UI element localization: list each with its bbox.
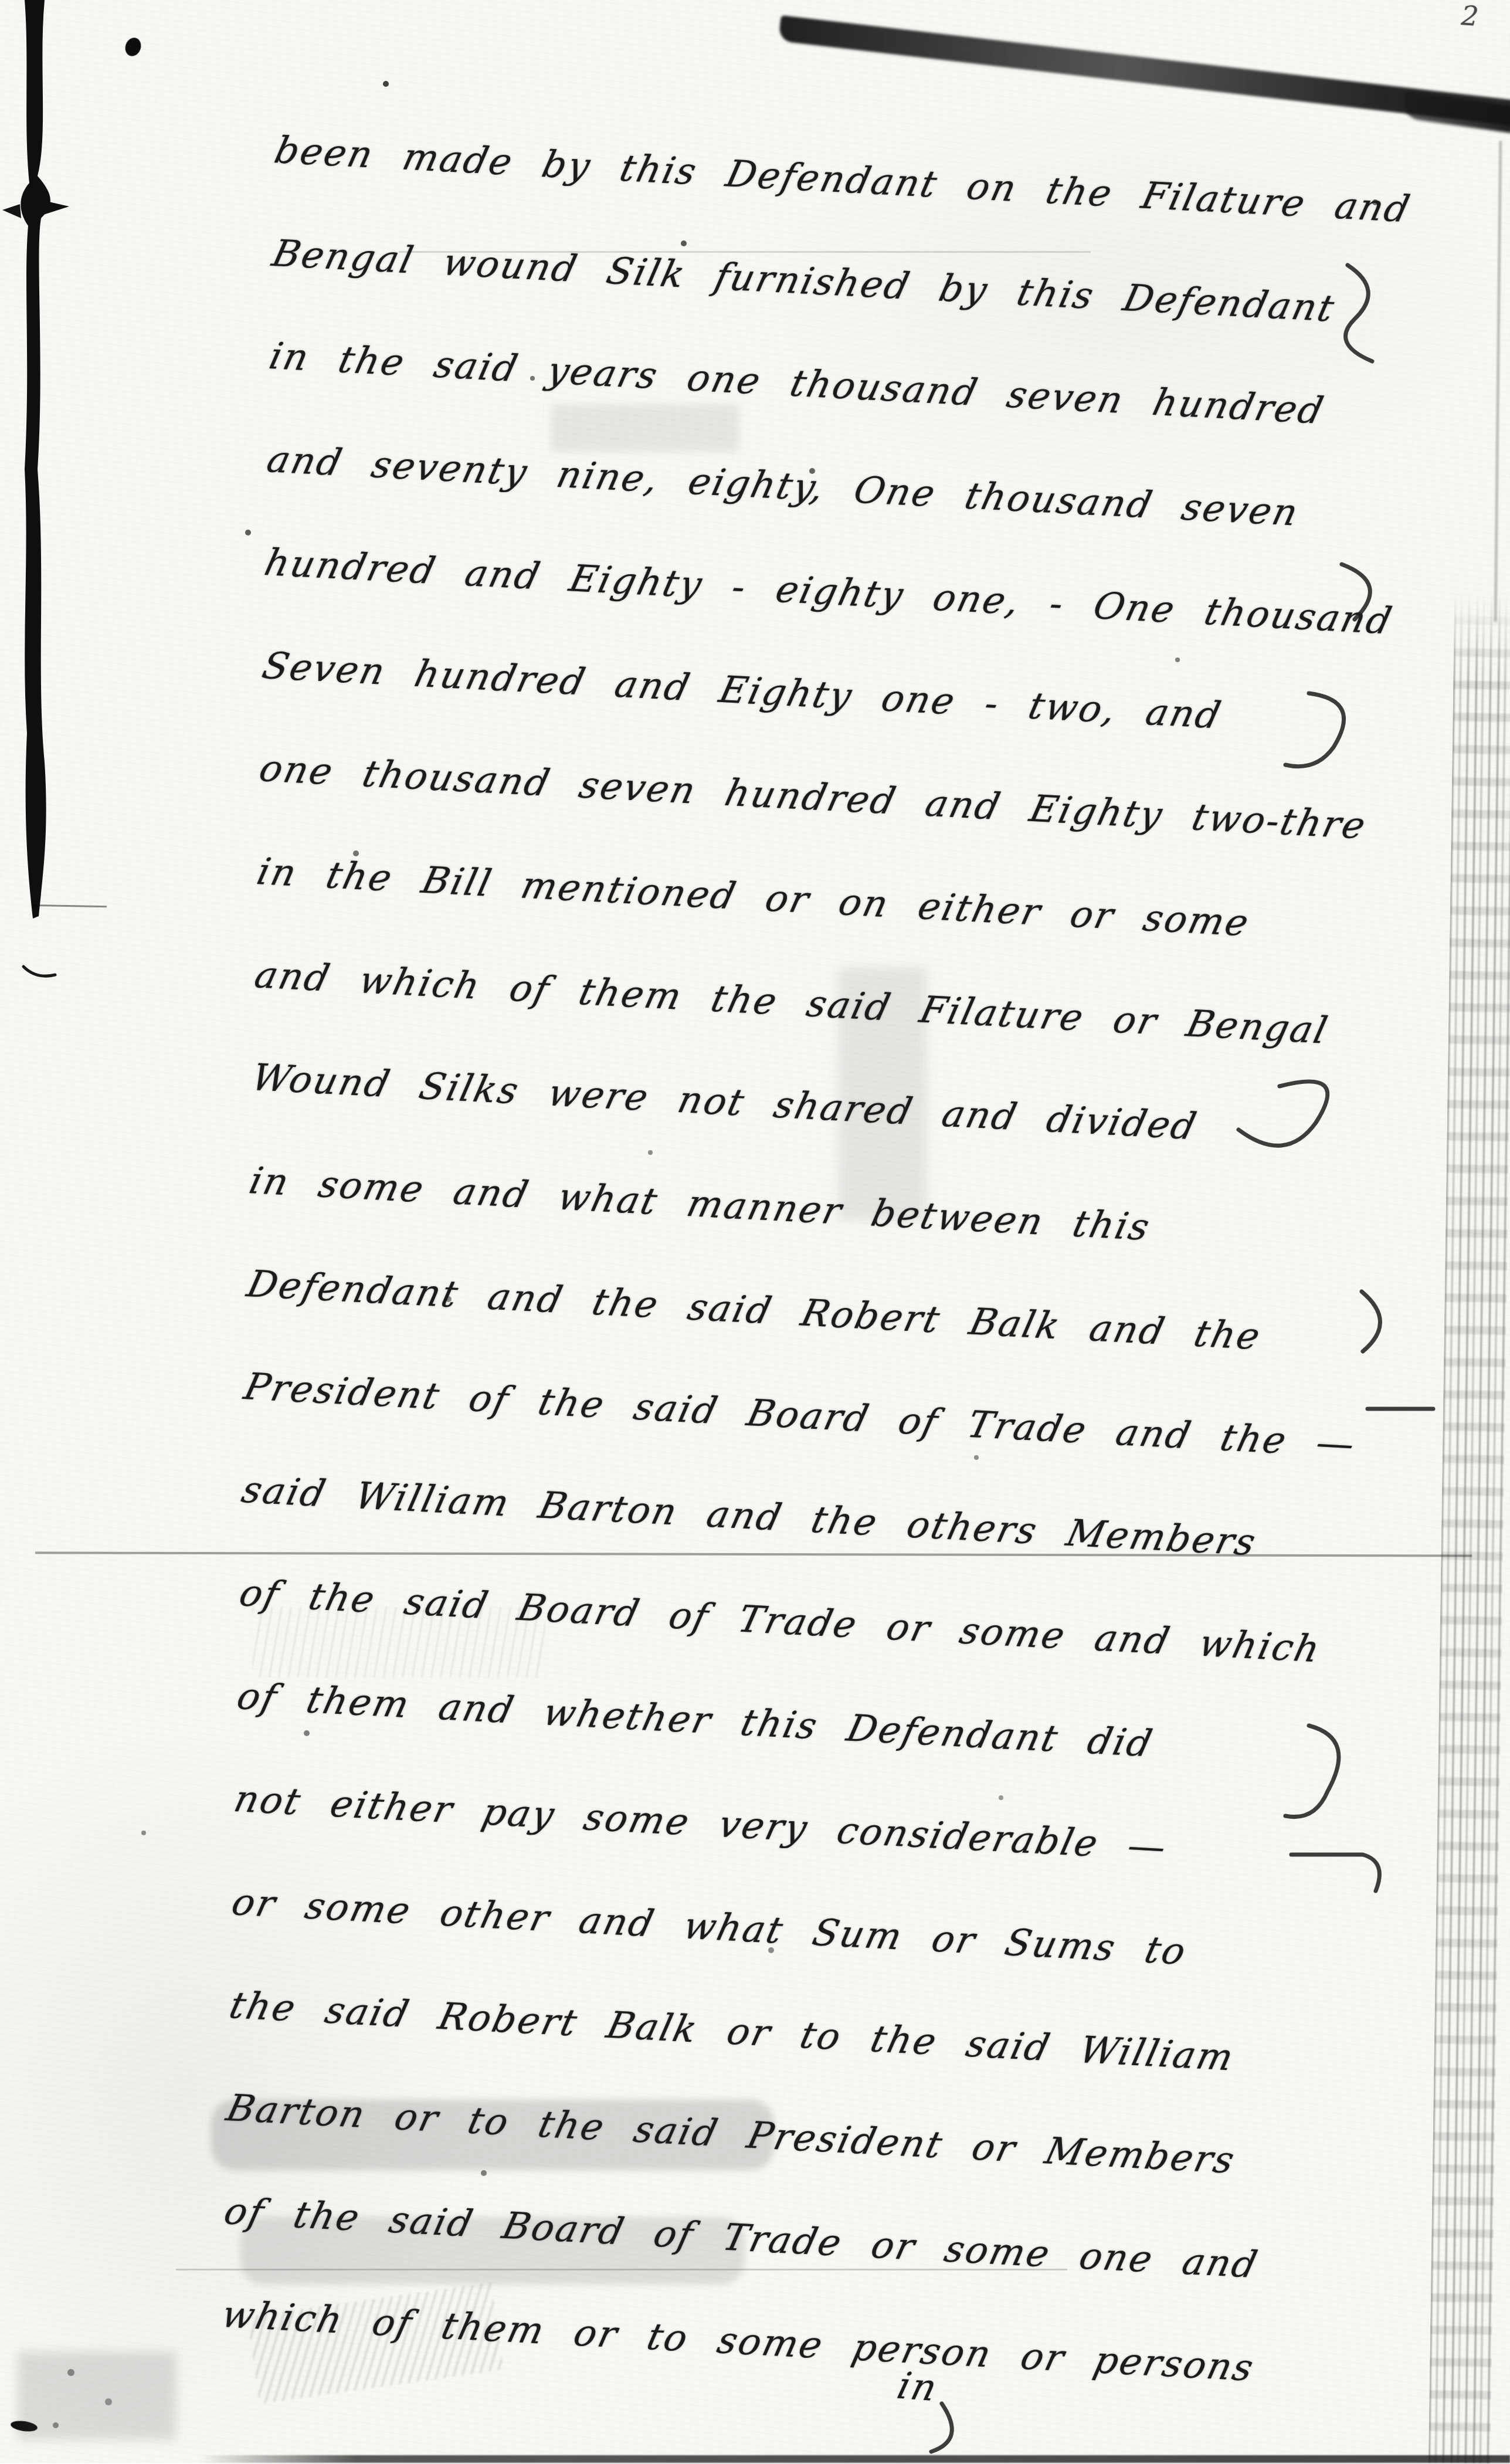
manuscript-line: and which of them the said Filature or B…: [251, 956, 1332, 1049]
page-number: 2: [1460, 2, 1479, 30]
manuscript-line: Barton or to the said President or Membe…: [223, 2090, 1239, 2179]
ink-smudge: [551, 405, 739, 452]
corner-noise: [18, 2352, 176, 2440]
manuscript-line: Bengal wound Silk furnished by this Defe…: [269, 235, 1339, 327]
scan-edge-top-band: [778, 15, 1510, 128]
manuscript-line: of the said Board of Trade or some and w…: [236, 1574, 1325, 1667]
ink-blob-bottom: [10, 2419, 38, 2433]
manuscript-line: one thousand seven hundred and Eighty tw…: [256, 750, 1370, 845]
manuscript-line: and seventy nine, eighty, One thousand s…: [264, 440, 1303, 531]
manuscript-line: said William Barton and the others Membe…: [239, 1471, 1261, 1561]
manuscript-page: been made by this Defendant on the Filat…: [0, 0, 1510, 2463]
catchword: in: [894, 2367, 942, 2407]
manuscript-line: Defendant and the said Robert Balk and t…: [243, 1265, 1264, 1355]
page-edge-streaks: [1428, 592, 1510, 2463]
manuscript-line: President of the said Board of Trade and…: [241, 1368, 1360, 1463]
binding-edge-mark: [0, 0, 129, 1026]
manuscript-line: been made by this Defendant on the Filat…: [272, 131, 1414, 228]
manuscript-line: Seven hundred and Eighty one - two, and: [259, 647, 1225, 734]
manuscript-line: Wound Silks were not shared and divided: [249, 1059, 1201, 1145]
page-edge-streak-thin: [1494, 141, 1502, 622]
manuscript-line: in the Bill mentioned or on either or so…: [254, 853, 1254, 941]
paper-crease: [35, 1551, 1472, 1557]
manuscript-line: or some other and what Sum or Sums to: [229, 1883, 1190, 1970]
scan-edge-bottom: [199, 2455, 1510, 2463]
manuscript-line: not either pay some very considerable —: [231, 1781, 1172, 1866]
manuscript-line: the said Robert Balk or to the said Will…: [226, 1987, 1238, 2076]
manuscript-line: of them and whether this Defendant did: [233, 1677, 1156, 1762]
ink-speckles: [0, 0, 4, 4]
manuscript-line: which of them or to some person or perso…: [218, 2296, 1258, 2386]
manuscript-line: in the said years one thousand seven hun…: [266, 338, 1328, 429]
manuscript-line: in some and what manner between this: [246, 1162, 1155, 1246]
manuscript-line: hundred and Eighty - eighty one, - One t…: [262, 544, 1396, 639]
